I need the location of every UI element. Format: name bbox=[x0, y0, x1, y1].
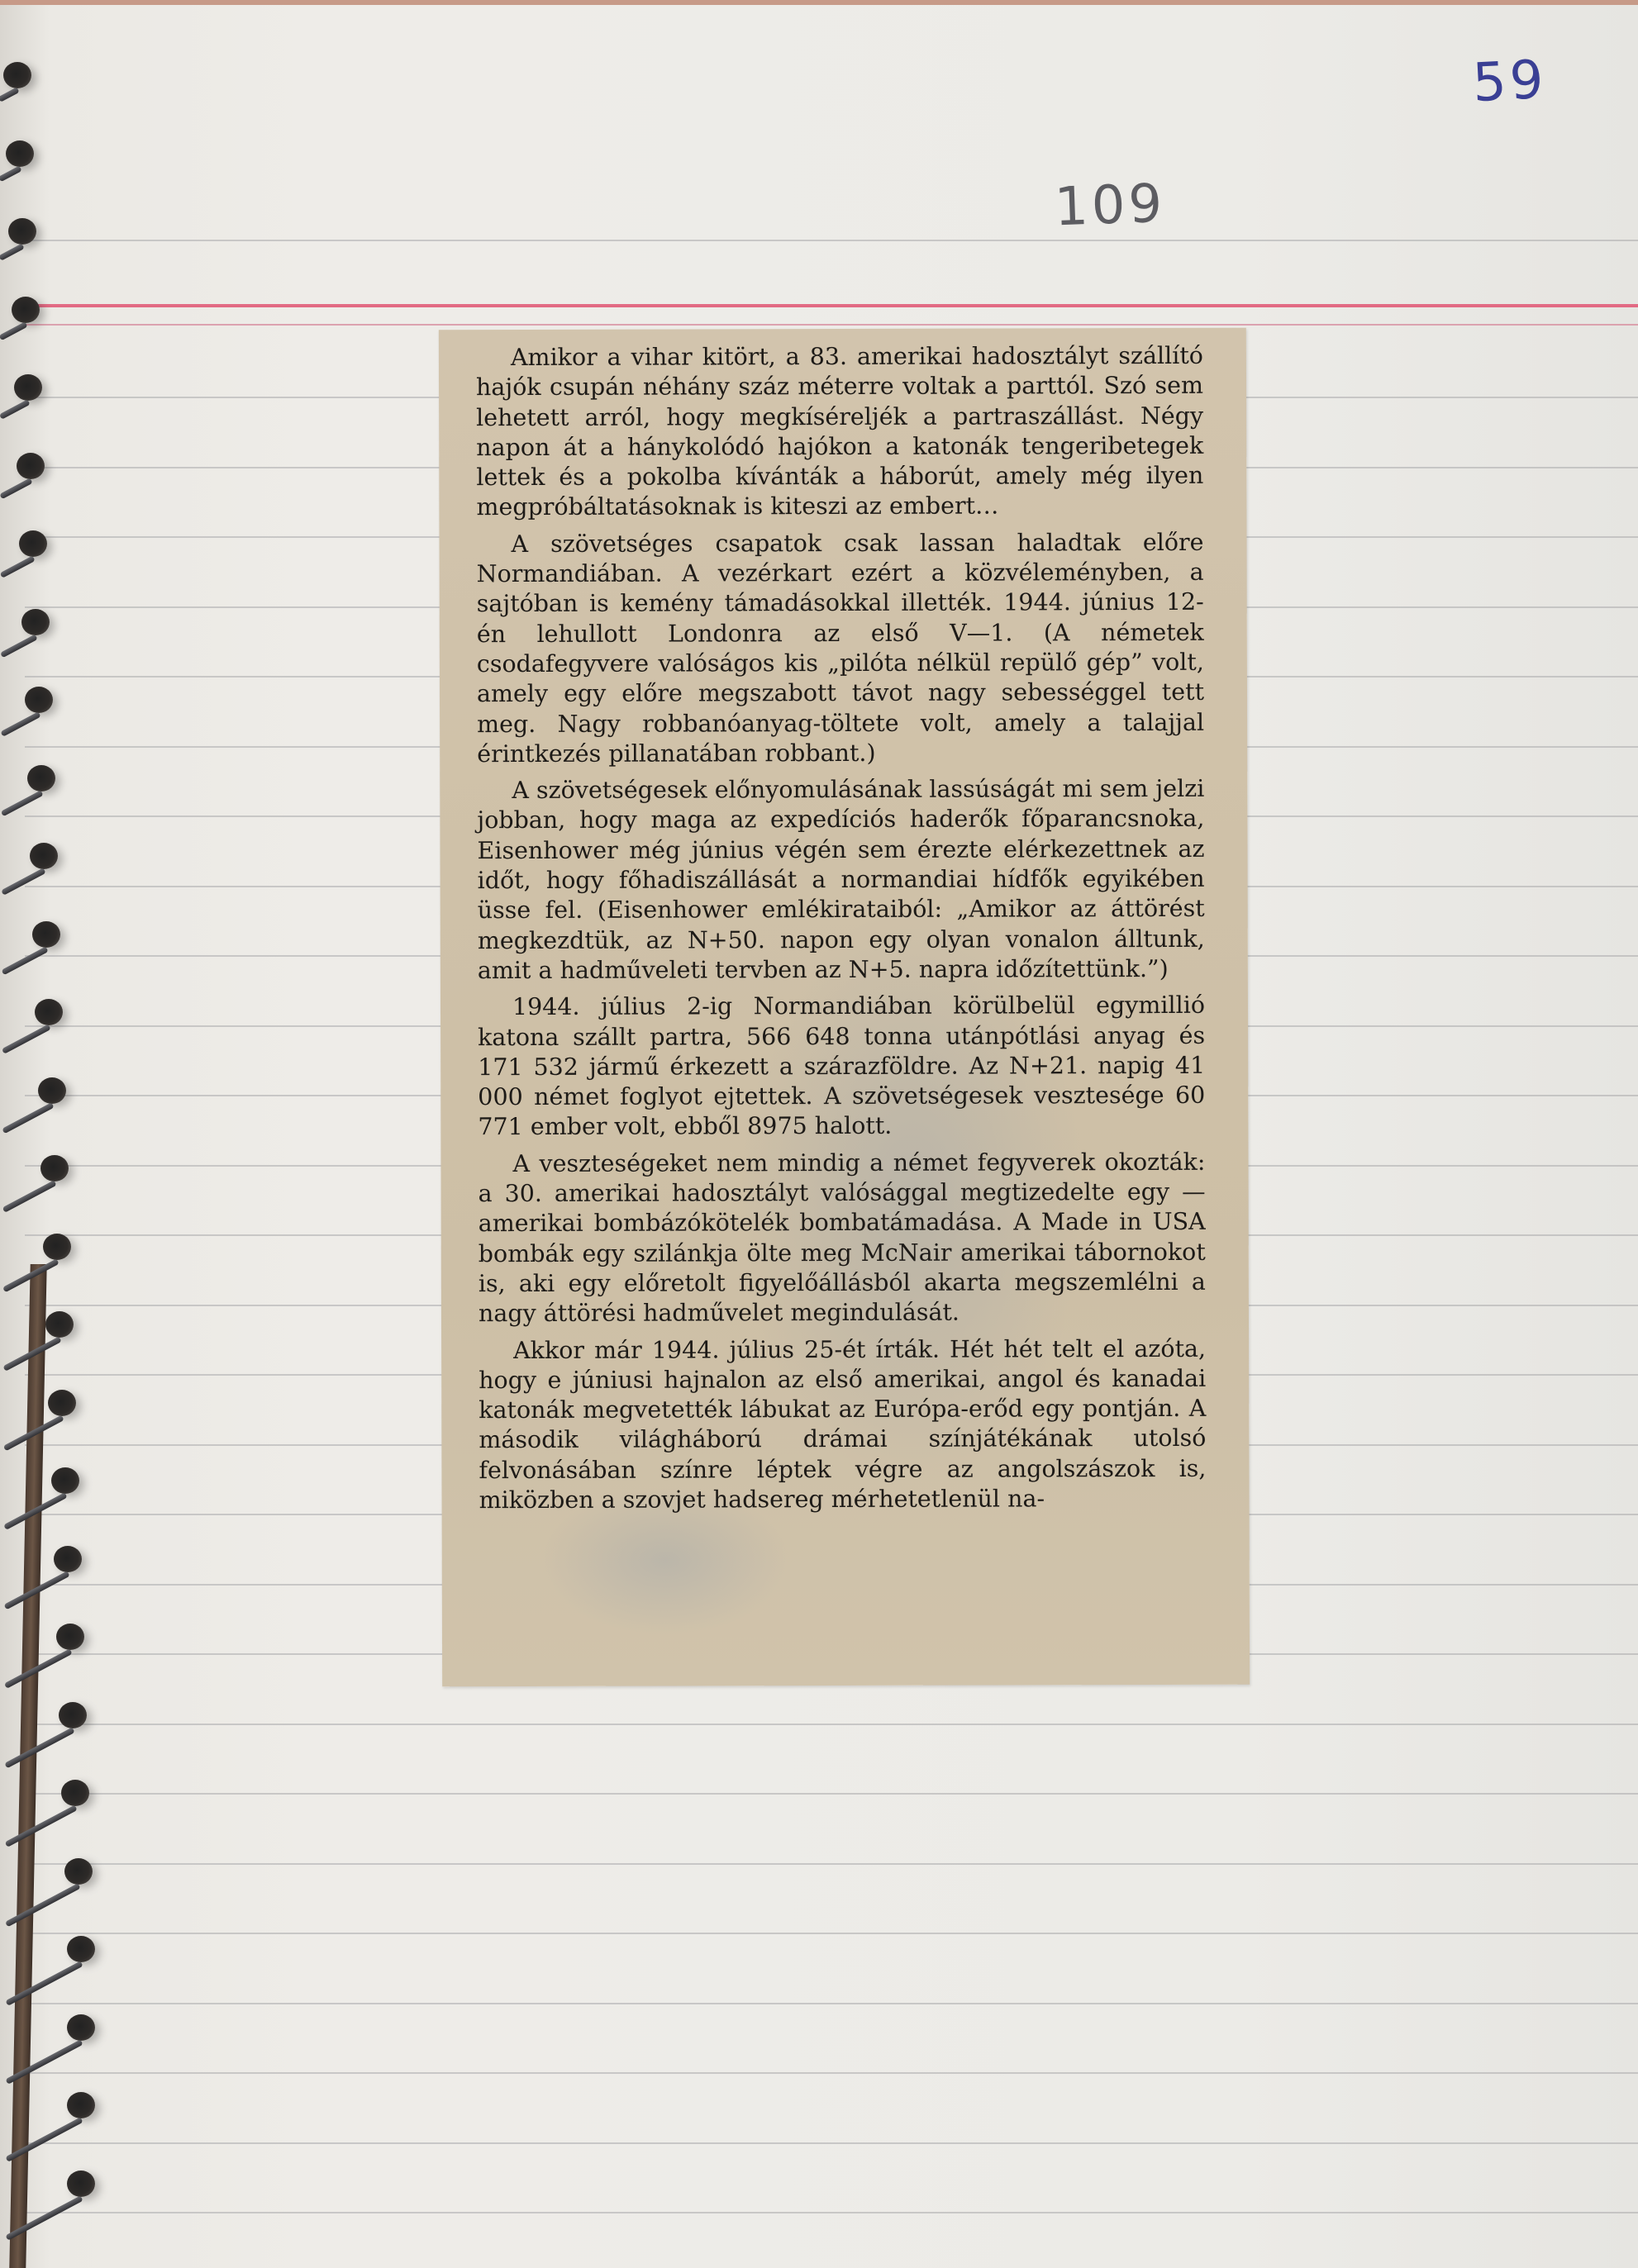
article-paragraph: A szövetséges csapatok csak lassan halad… bbox=[476, 528, 1204, 770]
article-paragraph: A veszteségeket nem mindig a német fegyv… bbox=[478, 1148, 1206, 1329]
margin-line bbox=[25, 304, 1638, 307]
spiral-hole-icon bbox=[59, 1702, 87, 1728]
spiral-hole-icon bbox=[17, 453, 45, 479]
spiral-hole-icon bbox=[21, 609, 50, 635]
ruled-line bbox=[25, 1863, 1638, 1865]
spiral-hole-icon bbox=[43, 1234, 71, 1260]
ruled-line bbox=[25, 240, 1638, 241]
ruled-line bbox=[25, 2072, 1638, 2074]
newspaper-clipping: Amikor a vihar kitört, a 83. amerikai ha… bbox=[439, 328, 1250, 1687]
article-paragraph: Amikor a vihar kitört, a 83. amerikai ha… bbox=[476, 341, 1204, 523]
page-number-ink: 59 bbox=[1471, 50, 1548, 115]
page-number-pencil: 109 bbox=[1054, 174, 1167, 239]
spiral-hole-icon bbox=[14, 374, 42, 401]
ruled-line bbox=[25, 1793, 1638, 1795]
spiral-hole-icon bbox=[19, 530, 47, 557]
spiral-hole-icon bbox=[45, 1311, 74, 1338]
spiral-hole-icon bbox=[3, 62, 31, 88]
spiral-hole-icon bbox=[54, 1546, 82, 1572]
spiral-hole-icon bbox=[6, 140, 34, 167]
margin-line-secondary bbox=[25, 324, 1638, 326]
article-text: Amikor a vihar kitört, a 83. amerikai ha… bbox=[476, 341, 1207, 1523]
spiral-hole-icon bbox=[32, 921, 60, 948]
spiral-hole-icon bbox=[51, 1467, 79, 1494]
spiral-hole-icon bbox=[67, 2171, 95, 2197]
ruled-line bbox=[25, 2212, 1638, 2213]
notebook-page: 109 59 Amikor a vihar kitört, a 83. amer… bbox=[0, 0, 1638, 2268]
article-paragraph: Akkor már 1944. július 25-ét írták. Hét … bbox=[479, 1334, 1207, 1515]
spiral-hole-icon bbox=[64, 1858, 93, 1885]
spiral-hole-icon bbox=[12, 297, 40, 323]
ruled-line bbox=[25, 1933, 1638, 1934]
spiral-hole-icon bbox=[30, 843, 58, 869]
spiral-hole-icon bbox=[25, 687, 53, 713]
spiral-hole-icon bbox=[67, 1936, 95, 1962]
spiral-hole-icon bbox=[56, 1624, 84, 1650]
spiral-hole-icon bbox=[38, 1077, 66, 1104]
article-paragraph: A szövetségesek előnyomulásának lassúság… bbox=[477, 774, 1205, 986]
ruled-line bbox=[25, 2003, 1638, 2004]
spiral-hole-icon bbox=[40, 1155, 69, 1182]
spiral-hole-icon bbox=[67, 2092, 95, 2118]
ruled-line bbox=[25, 2142, 1638, 2144]
spiral-hole-icon bbox=[67, 2014, 95, 2041]
ruled-line bbox=[25, 1724, 1638, 1725]
spiral-hole-icon bbox=[27, 765, 55, 792]
spiral-hole-icon bbox=[48, 1390, 76, 1416]
article-paragraph: 1944. július 2-ig Normandiában körülbelü… bbox=[478, 991, 1205, 1143]
